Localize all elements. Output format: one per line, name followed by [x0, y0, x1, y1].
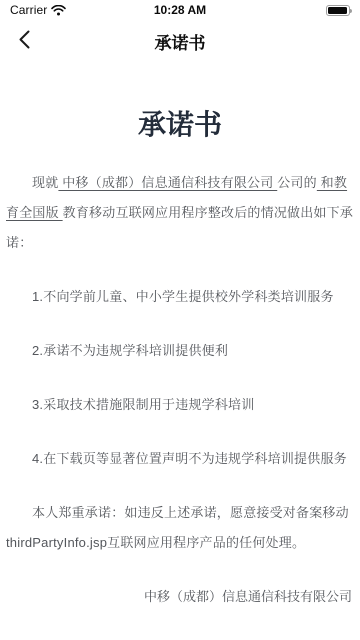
- closing-paragraph: 本人郑重承诺：如违反上述承诺，愿意接受对备案移动thirdPartyInfo.j…: [6, 498, 354, 558]
- chevron-left-icon: [19, 30, 30, 52]
- battery-level: [328, 7, 347, 14]
- app-screen: Carrier 10:28 AM 承诺书: [0, 0, 360, 640]
- battery-icon: [326, 5, 350, 16]
- status-time: 10:28 AM: [154, 3, 206, 17]
- intro-paragraph: 现就 中移（成都）信息通信科技有限公司 公司的 和教育全国版 教育移动互联网应用…: [6, 168, 354, 258]
- carrier-label: Carrier: [10, 3, 47, 17]
- intro-middle: 公司的: [277, 175, 317, 190]
- commitment-item-4: 4.在下载页等显著位置声明不为违规学科培训提供服务: [6, 444, 354, 474]
- nav-bar: 承诺书: [0, 20, 360, 62]
- company-name-blank: 中移（成都）信息通信科技有限公司: [58, 175, 277, 190]
- status-bar: Carrier 10:28 AM: [0, 0, 360, 20]
- back-button[interactable]: [10, 27, 38, 55]
- commitment-item-2: 2.承诺不为违规学科培训提供便利: [6, 336, 354, 366]
- commitment-item-3: 3.采取技术措施限制用于违规学科培训: [6, 390, 354, 420]
- commitment-document: 承诺书 现就 中移（成都）信息通信科技有限公司 公司的 和教育全国版 教育移动互…: [0, 106, 360, 612]
- status-bar-left: Carrier: [10, 3, 66, 17]
- commitment-item-1: 1.不向学前儿童、中小学生提供校外学科类培训服务: [6, 282, 354, 312]
- document-title: 承诺书: [6, 106, 354, 144]
- signature-company: 中移（成都）信息通信科技有限公司: [6, 582, 354, 612]
- nav-title: 承诺书: [155, 29, 206, 54]
- wifi-icon: [51, 5, 66, 16]
- intro-prefix: 现就: [32, 175, 58, 190]
- battery-cap: [350, 9, 352, 13]
